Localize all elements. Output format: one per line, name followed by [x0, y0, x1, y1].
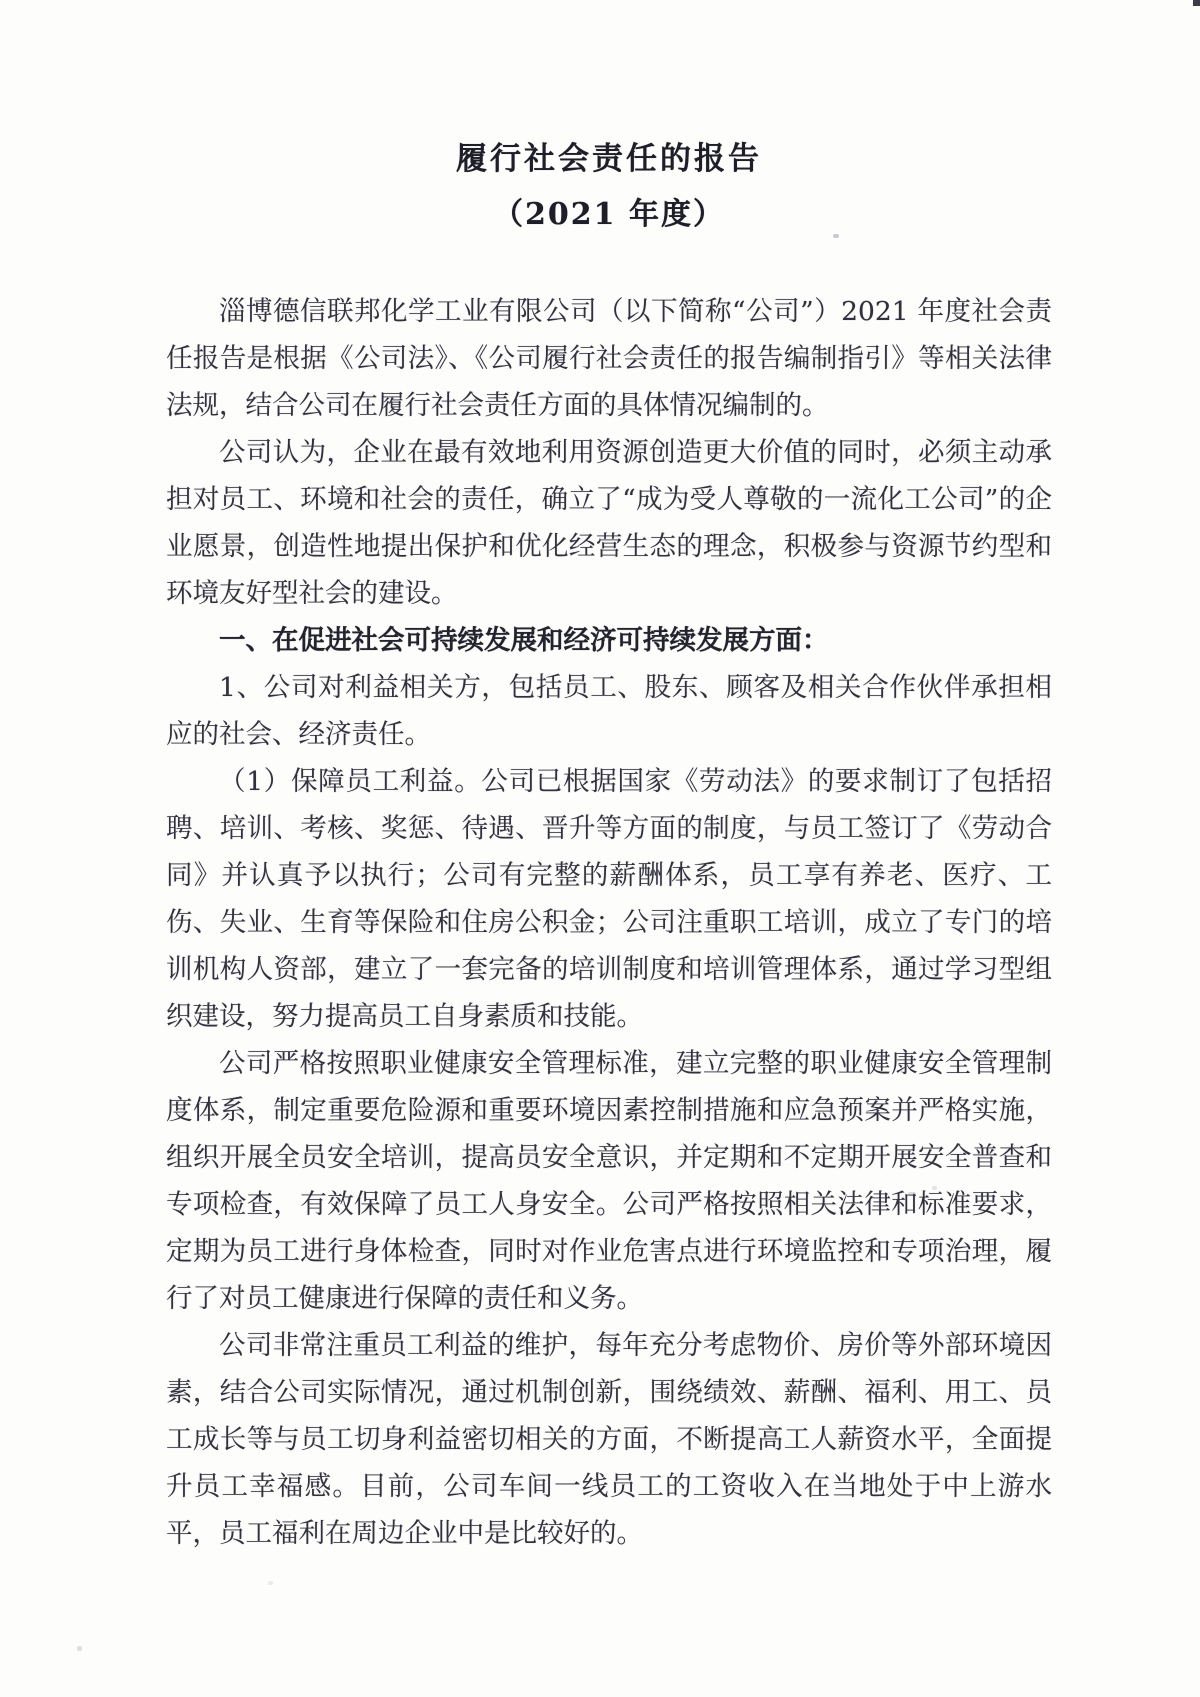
title-block: 履行社会责任的报告 （2021 年度）	[166, 136, 1052, 236]
paragraph-employee-welfare: 公司非常注重员工利益的维护，每年充分考虑物价、房价等外部环境因素，结合公司实际情…	[166, 1322, 1052, 1557]
report-title: 履行社会责任的报告	[166, 136, 1052, 182]
paragraph-health-safety: 公司严格按照职业健康安全管理标准，建立完整的职业健康安全管理制度体系，制定重要危…	[166, 1040, 1052, 1322]
document-page: 履行社会责任的报告 （2021 年度） 淄博德信联邦化学工业有限公司（以下简称“…	[0, 0, 1200, 1697]
document-content: 履行社会责任的报告 （2021 年度） 淄博德信联邦化学工业有限公司（以下简称“…	[166, 136, 1052, 1557]
report-subtitle-year: （2021 年度）	[166, 194, 1052, 236]
section-heading-sustainable-development: 一、在促进社会可持续发展和经济可持续发展方面：	[166, 617, 1052, 664]
paragraph-company-vision: 公司认为，企业在最有效地利用资源创造更大价值的同时，必须主动承担对员工、环境和社…	[166, 429, 1052, 617]
report-body: 淄博德信联邦化学工业有限公司（以下简称“公司”）2021 年度社会责任报告是根据…	[166, 288, 1052, 1557]
scan-artifact-corner	[1193, 0, 1200, 6]
paragraph-stakeholder-responsibility: 1、公司对利益相关方，包括员工、股东、顾客及相关合作伙伴承担相应的社会、经济责任…	[166, 664, 1052, 758]
paragraph-intro: 淄博德信联邦化学工业有限公司（以下简称“公司”）2021 年度社会责任报告是根据…	[166, 288, 1052, 429]
scan-speck	[268, 1581, 273, 1585]
paragraph-employee-rights: （1）保障员工利益。公司已根据国家《劳动法》的要求制订了包括招聘、培训、考核、奖…	[166, 758, 1052, 1040]
scan-speck	[77, 1646, 82, 1651]
